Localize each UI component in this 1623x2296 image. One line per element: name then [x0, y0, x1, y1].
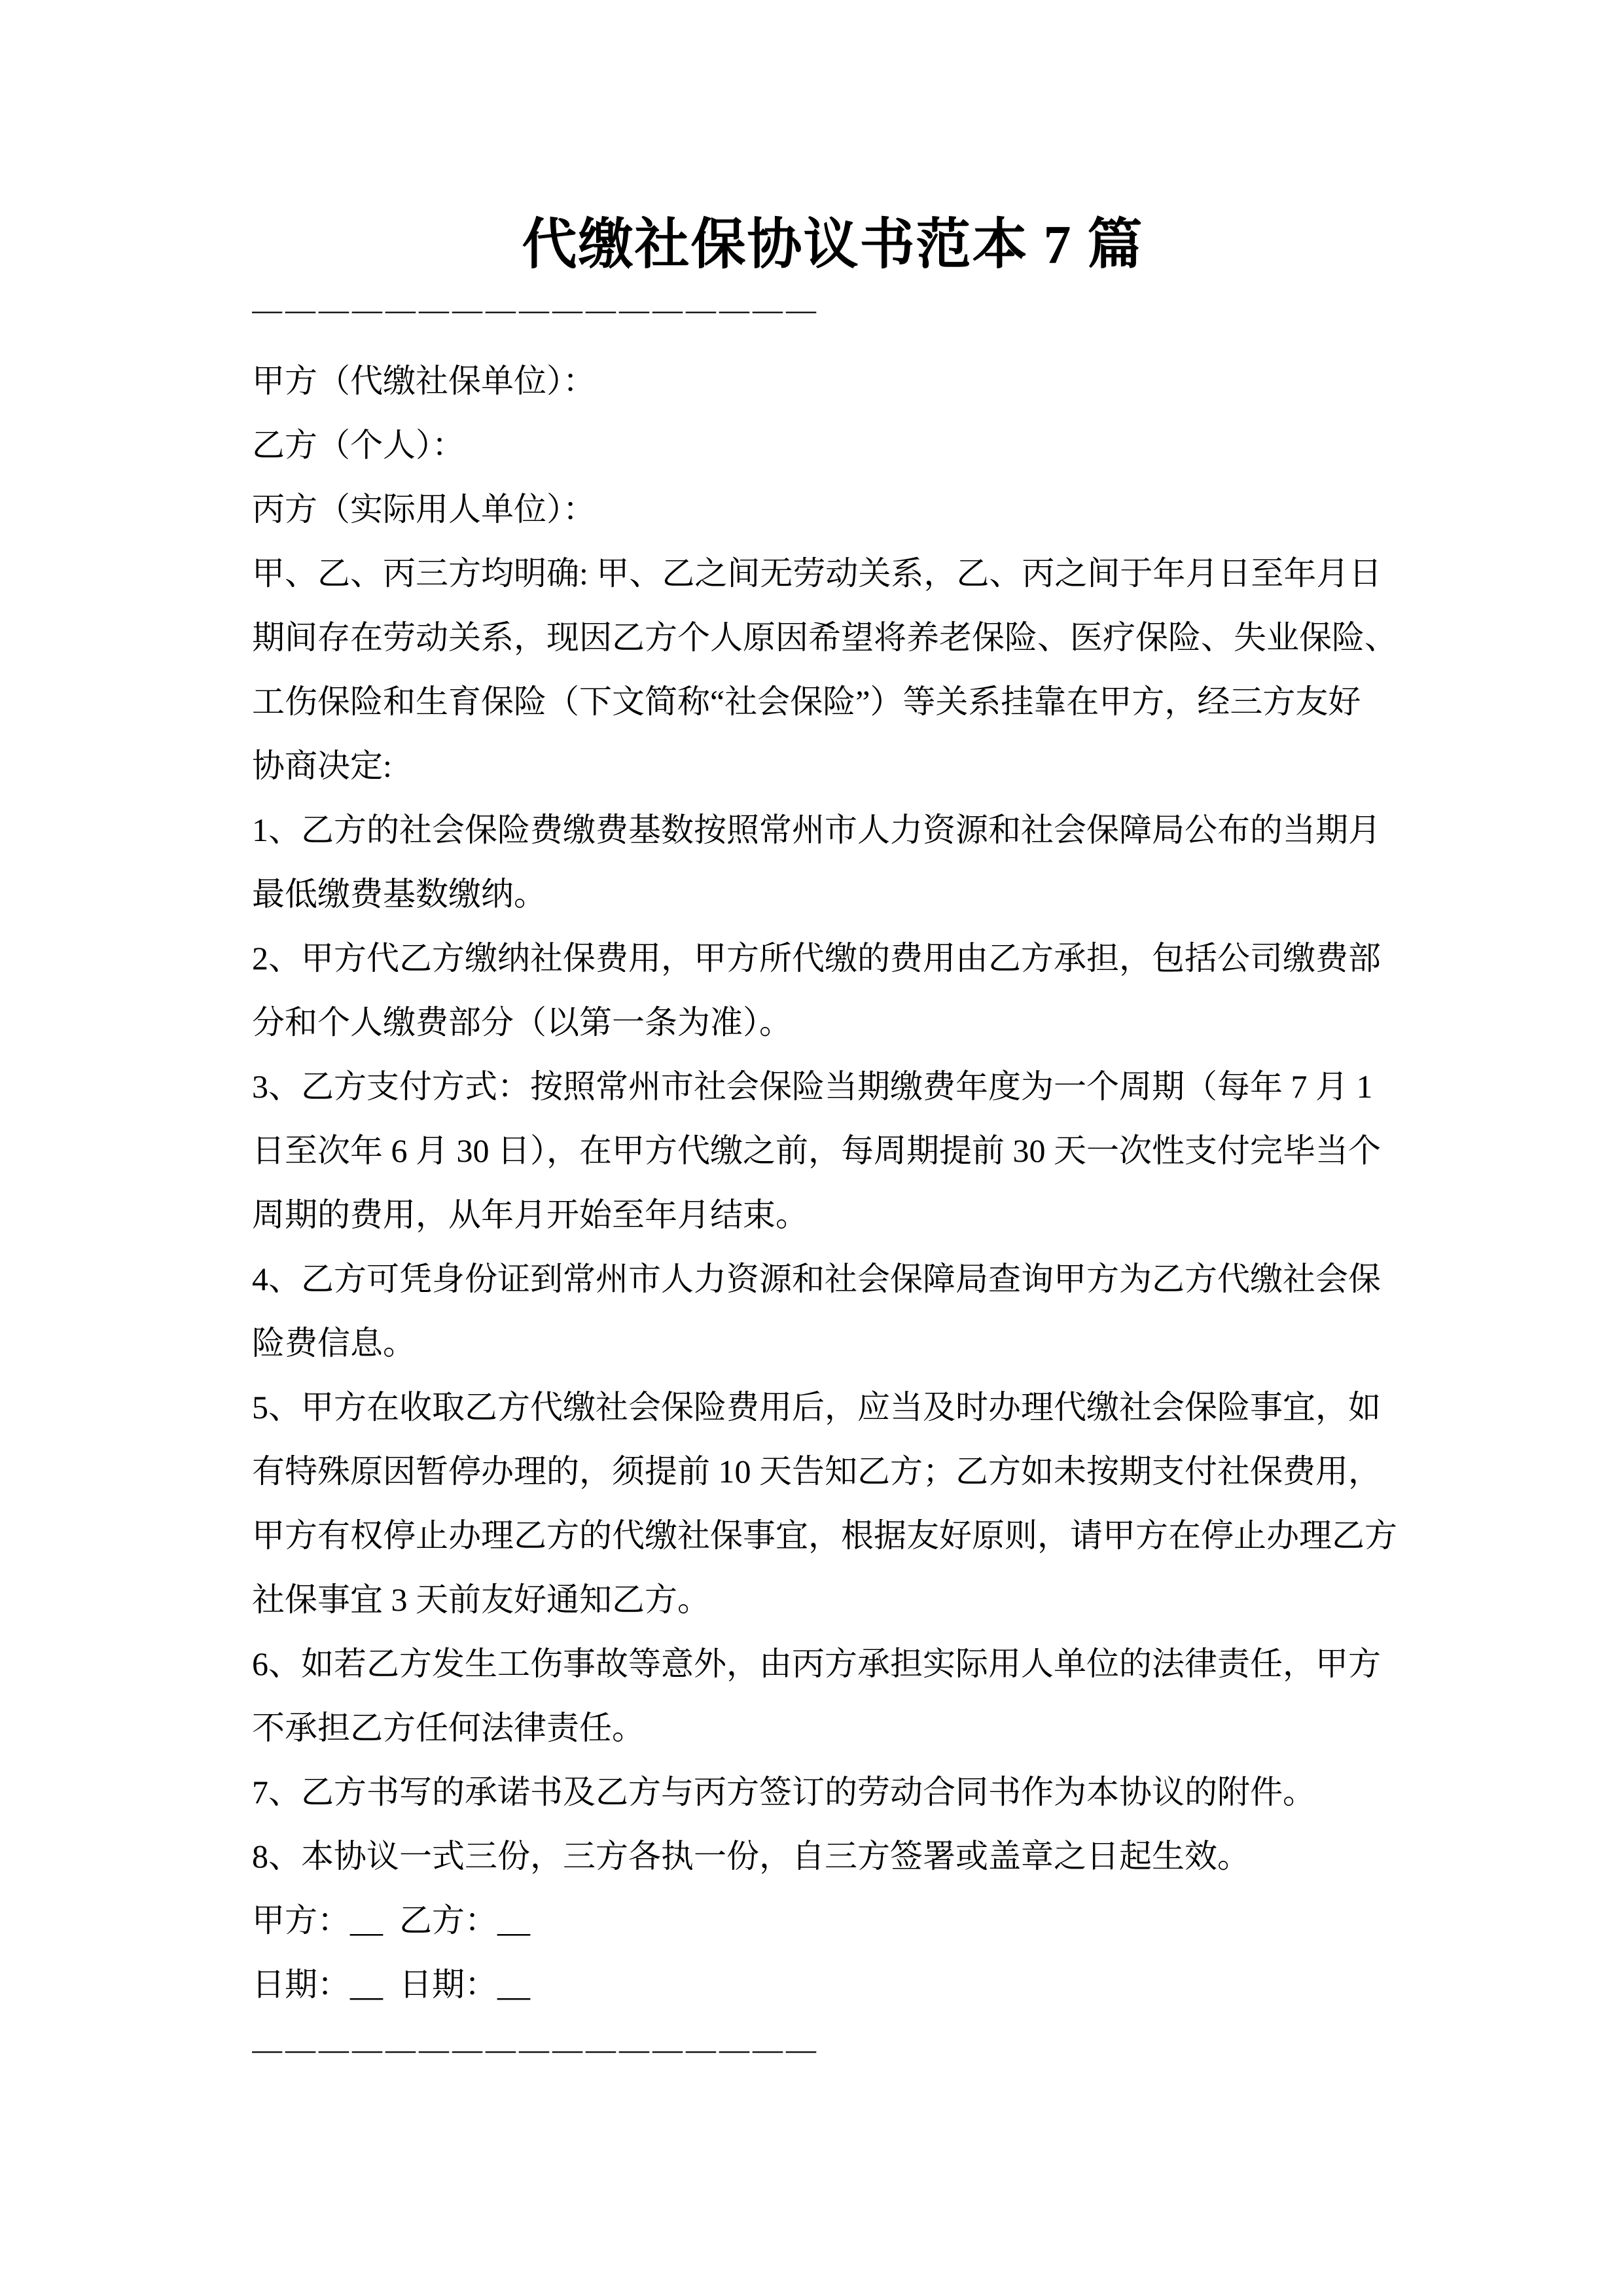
clause-line: 7、乙方书写的承诺书及乙方与丙方签订的劳动合同书作为本协议的附件。 — [252, 1760, 1414, 1824]
bottom-separator-line: ————————————————— — [252, 2030, 1414, 2069]
clause-line: 甲方有权停止办理乙方的代缴社保事宜，根据友好原则，请甲方在停止办理乙方 — [252, 1503, 1414, 1568]
clause-line: 日至次年 6 月 30 日），在甲方代缴之前，每周期提前 30 天一次性支付完毕… — [252, 1119, 1414, 1183]
clause-line: 5、甲方在收取乙方代缴社会保险费用后，应当及时办理代缴社会保险事宜，如 — [252, 1375, 1414, 1439]
signature-line: 甲方：__ 乙方：__ — [252, 1888, 1414, 1952]
preamble-line: 甲、乙、丙三方均明确: 甲、乙之间无劳动关系，乙、丙之间于年月日至年月日 — [252, 541, 1414, 605]
clause-line: 险费信息。 — [252, 1311, 1414, 1375]
clause-line: 2、甲方代乙方缴纳社保费用，甲方所代缴的费用由乙方承担，包括公司缴费部 — [252, 926, 1414, 990]
clause-line: 6、如若乙方发生工伤事故等意外，由丙方承担实际用人单位的法律责任，甲方 — [252, 1632, 1414, 1696]
clause-line: 1、乙方的社会保险费缴费基数按照常州市人力资源和社会保障局公布的当期月 — [252, 798, 1414, 862]
clause-line: 分和个人缴费部分（以第一条为准）。 — [252, 990, 1414, 1054]
document-content: 代缴社保协议书范本 7 篇 ————————————————— 甲方（代缴社保单… — [0, 0, 1623, 2069]
page-title: 代缴社保协议书范本 7 篇 — [252, 213, 1414, 278]
clause-line: 周期的费用，从年月开始至年月结束。 — [252, 1183, 1414, 1247]
date-line: 日期：__ 日期：__ — [252, 1952, 1414, 2017]
preamble-line: 期间存在劳动关系，现因乙方个人原因希望将养老保险、医疗保险、失业保险、 — [252, 605, 1414, 670]
top-separator-line: ————————————————— — [252, 290, 1414, 329]
clause-line: 3、乙方支付方式：按照常州市社会保险当期缴费年度为一个周期（每年 7 月 1 — [252, 1054, 1414, 1119]
preamble-line: 协商决定: — [252, 734, 1414, 798]
document-page: 代缴社保协议书范本 7 篇 ————————————————— 甲方（代缴社保单… — [0, 0, 1623, 2296]
clause-line: 有特殊原因暂停办理的，须提前 10 天告知乙方；乙方如未按期支付社保费用， — [252, 1439, 1414, 1503]
party-b-label-line: 乙方（个人）： — [252, 413, 1414, 477]
document-body: 甲方（代缴社保单位）： 乙方（个人）： 丙方（实际用人单位）： 甲、乙、丙三方均… — [252, 349, 1414, 2017]
party-c-label-line: 丙方（实际用人单位）： — [252, 477, 1414, 541]
preamble-line: 工伤保险和生育保险（下文简称“社会保险”）等关系挂靠在甲方，经三方友好 — [252, 670, 1414, 734]
clause-line: 4、乙方可凭身份证到常州市人力资源和社会保障局查询甲方为乙方代缴社会保 — [252, 1247, 1414, 1311]
party-a-label-line: 甲方（代缴社保单位）： — [252, 349, 1414, 413]
clause-line: 不承担乙方任何法律责任。 — [252, 1696, 1414, 1760]
clause-line: 社保事宜 3 天前友好通知乙方。 — [252, 1568, 1414, 1632]
clause-line: 最低缴费基数缴纳。 — [252, 862, 1414, 926]
clause-line: 8、本协议一式三份，三方各执一份，自三方签署或盖章之日起生效。 — [252, 1824, 1414, 1888]
